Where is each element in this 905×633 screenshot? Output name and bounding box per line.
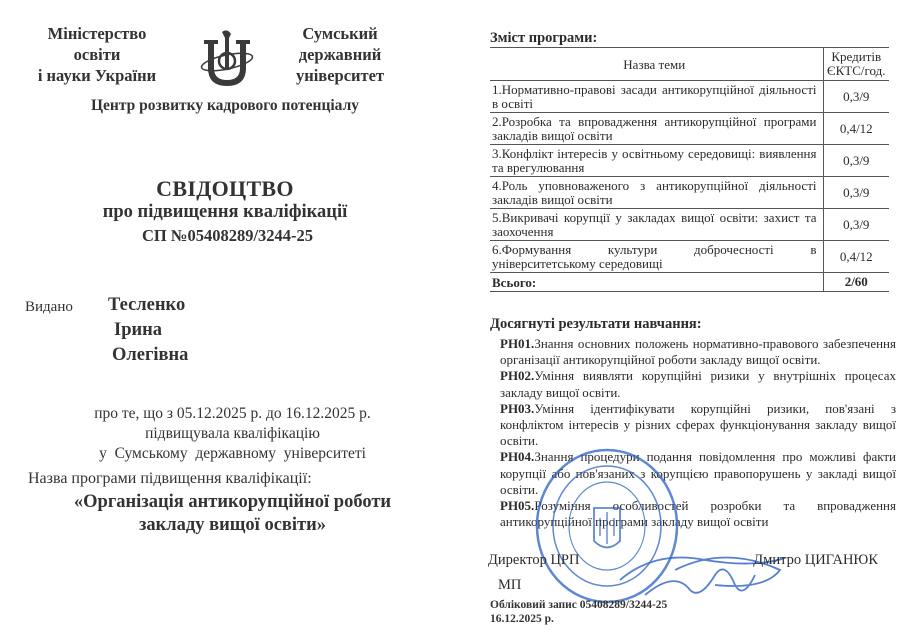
outcome-text: Розуміння особливостей розробки та впров…	[500, 498, 896, 529]
table-row: 2.Розробка та впровадження антикорупційн…	[490, 113, 889, 145]
table-row: 3.Конфлікт інтересів у освітньому середо…	[490, 145, 889, 177]
outcome-text: Уміння виявляти корупційні ризики у внут…	[500, 368, 896, 399]
program-name: «Організація антикорупційної роботи закл…	[0, 491, 465, 537]
certificate-title: СВІДОЦТВО	[0, 176, 450, 202]
topic-name: 5.Викривачі корупції у закладах вищої ос…	[490, 209, 823, 241]
topic-credits: 0,4/12	[823, 113, 889, 145]
outcome-code: РН03.	[500, 401, 534, 416]
learning-outcome: РН05.Розуміння особливостей розробки та …	[500, 498, 896, 530]
learning-outcome: РН01.Знання основних положень нормативно…	[500, 336, 896, 368]
period-line-2: підвищувала кваліфікацію	[0, 424, 465, 444]
director-title: Директор ЦРП	[488, 552, 579, 569]
director-signature	[615, 540, 790, 605]
program-contents-table: Назва теми Кредитів ЄКТС/год. 1.Норматив…	[490, 47, 889, 292]
ministry-heading: Міністерство освіти і науки України	[22, 23, 172, 86]
learning-outcome: РН04.Знання процедури подання повідомлен…	[500, 449, 896, 498]
outcome-code: РН05.	[500, 498, 534, 513]
sumdu-logo-icon	[198, 28, 256, 90]
university-line-1: Сумський	[280, 23, 400, 44]
outcomes-list: РН01.Знання основних положень нормативно…	[500, 336, 896, 530]
director-name: Дмитро ЦИГАНЮК	[753, 552, 878, 569]
program-name-line-2: закладу вищої освіти»	[0, 514, 465, 537]
contents-title: Зміст програми:	[490, 30, 597, 47]
table-row: 4.Роль уповноваженого з антикорупційної …	[490, 177, 889, 209]
recipient-first-name: Ірина	[114, 320, 162, 341]
certificate-number: СП №05408289/3244-25	[142, 226, 313, 246]
outcome-code: РН02.	[500, 368, 534, 383]
column-header-credits: Кредитів ЄКТС/год.	[823, 48, 889, 81]
topic-name: 4.Роль уповноваженого з антикорупційної …	[490, 177, 823, 209]
table-header-row: Назва теми Кредитів ЄКТС/год.	[490, 48, 889, 81]
total-label: Всього:	[490, 273, 823, 292]
university-line-3: університет	[280, 65, 400, 86]
seal-label: МП	[498, 577, 521, 594]
table-row: 5.Викривачі корупції у закладах вищої ос…	[490, 209, 889, 241]
university-heading: Сумський державний університет	[280, 23, 400, 86]
program-label: Назва програми підвищення кваліфікації:	[28, 470, 312, 488]
registration-date: 16.12.2025 р.	[490, 613, 554, 625]
issued-label: Видано	[25, 299, 73, 316]
outcome-code: РН01.	[500, 336, 534, 351]
topic-credits: 0,3/9	[823, 81, 889, 113]
outcome-text: Знання процедури подання повідомлення пр…	[500, 449, 896, 496]
certificate-back-page: Зміст програми: Назва теми Кредитів ЄКТС…	[450, 0, 905, 633]
program-name-line-1: «Організація антикорупційної роботи	[0, 491, 465, 514]
outcome-text: Знання основних положень нормативно-прав…	[500, 336, 896, 367]
topic-name: 2.Розробка та впровадження антикорупційн…	[490, 113, 823, 145]
university-line-2: державний	[280, 44, 400, 65]
topic-credits: 0,4/12	[823, 241, 889, 273]
recipient-surname: Тесленко	[108, 295, 185, 316]
period-line-3: у Сумському державному університеті	[0, 444, 465, 464]
learning-outcome: РН02.Уміння виявляти корупційні ризики у…	[500, 368, 896, 400]
topic-credits: 0,3/9	[823, 209, 889, 241]
ministry-line-3: і науки України	[22, 65, 172, 86]
table-row: 6.Формування культури доброчесності в ун…	[490, 241, 889, 273]
center-name: Центр розвитку кадрового потенціалу	[0, 97, 450, 115]
table-total-row: Всього: 2/60	[490, 273, 889, 292]
topic-credits: 0,3/9	[823, 177, 889, 209]
outcome-code: РН04.	[500, 449, 534, 464]
certificate-front-page: Міністерство освіти і науки України Сумс…	[0, 0, 450, 633]
period-line-1: про те, що з 05.12.2025 р. до 16.12.2025…	[0, 404, 465, 424]
topic-name: 3.Конфлікт інтересів у освітньому середо…	[490, 145, 823, 177]
outcome-text: Уміння ідентифікувати корупційні ризики,…	[500, 401, 896, 448]
certificate-subtitle: про підвищення кваліфікації	[0, 202, 450, 223]
training-period: про те, що з 05.12.2025 р. до 16.12.2025…	[0, 404, 465, 464]
registration-record: Обліковий запис 05408289/3244-25	[490, 599, 667, 612]
ministry-line-2: освіти	[22, 44, 172, 65]
total-value: 2/60	[823, 273, 889, 292]
learning-outcome: РН03.Уміння ідентифікувати корупційні ри…	[500, 401, 896, 450]
topic-name: 6.Формування культури доброчесності в ун…	[490, 241, 823, 273]
ministry-line-1: Міністерство	[22, 23, 172, 44]
column-header-topic: Назва теми	[490, 48, 823, 81]
topic-credits: 0,3/9	[823, 145, 889, 177]
table-row: 1.Нормативно-правові засади антикорупцій…	[490, 81, 889, 113]
outcomes-title: Досягнуті результати навчання:	[490, 316, 702, 333]
recipient-patronymic: Олегівна	[112, 345, 188, 366]
topic-name: 1.Нормативно-правові засади антикорупцій…	[490, 81, 823, 113]
